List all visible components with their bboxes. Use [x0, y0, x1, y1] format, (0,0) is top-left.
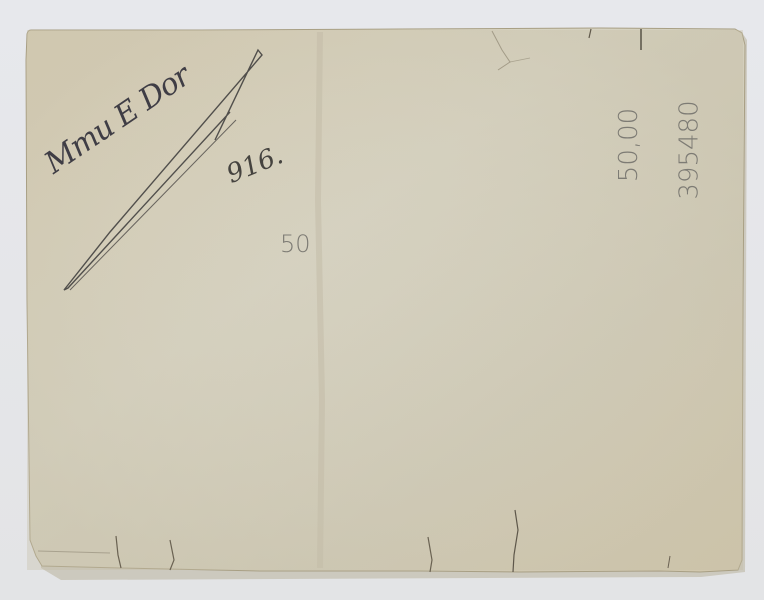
- photo-scene: Mmu E Dor 916. 50 50,00 395480: [0, 0, 764, 600]
- aged-paper-sheet: [0, 0, 764, 600]
- pencil-number-center: 50: [280, 230, 311, 258]
- pencil-inventory-code: 395480: [675, 100, 705, 199]
- pencil-price: 50,00: [614, 108, 644, 182]
